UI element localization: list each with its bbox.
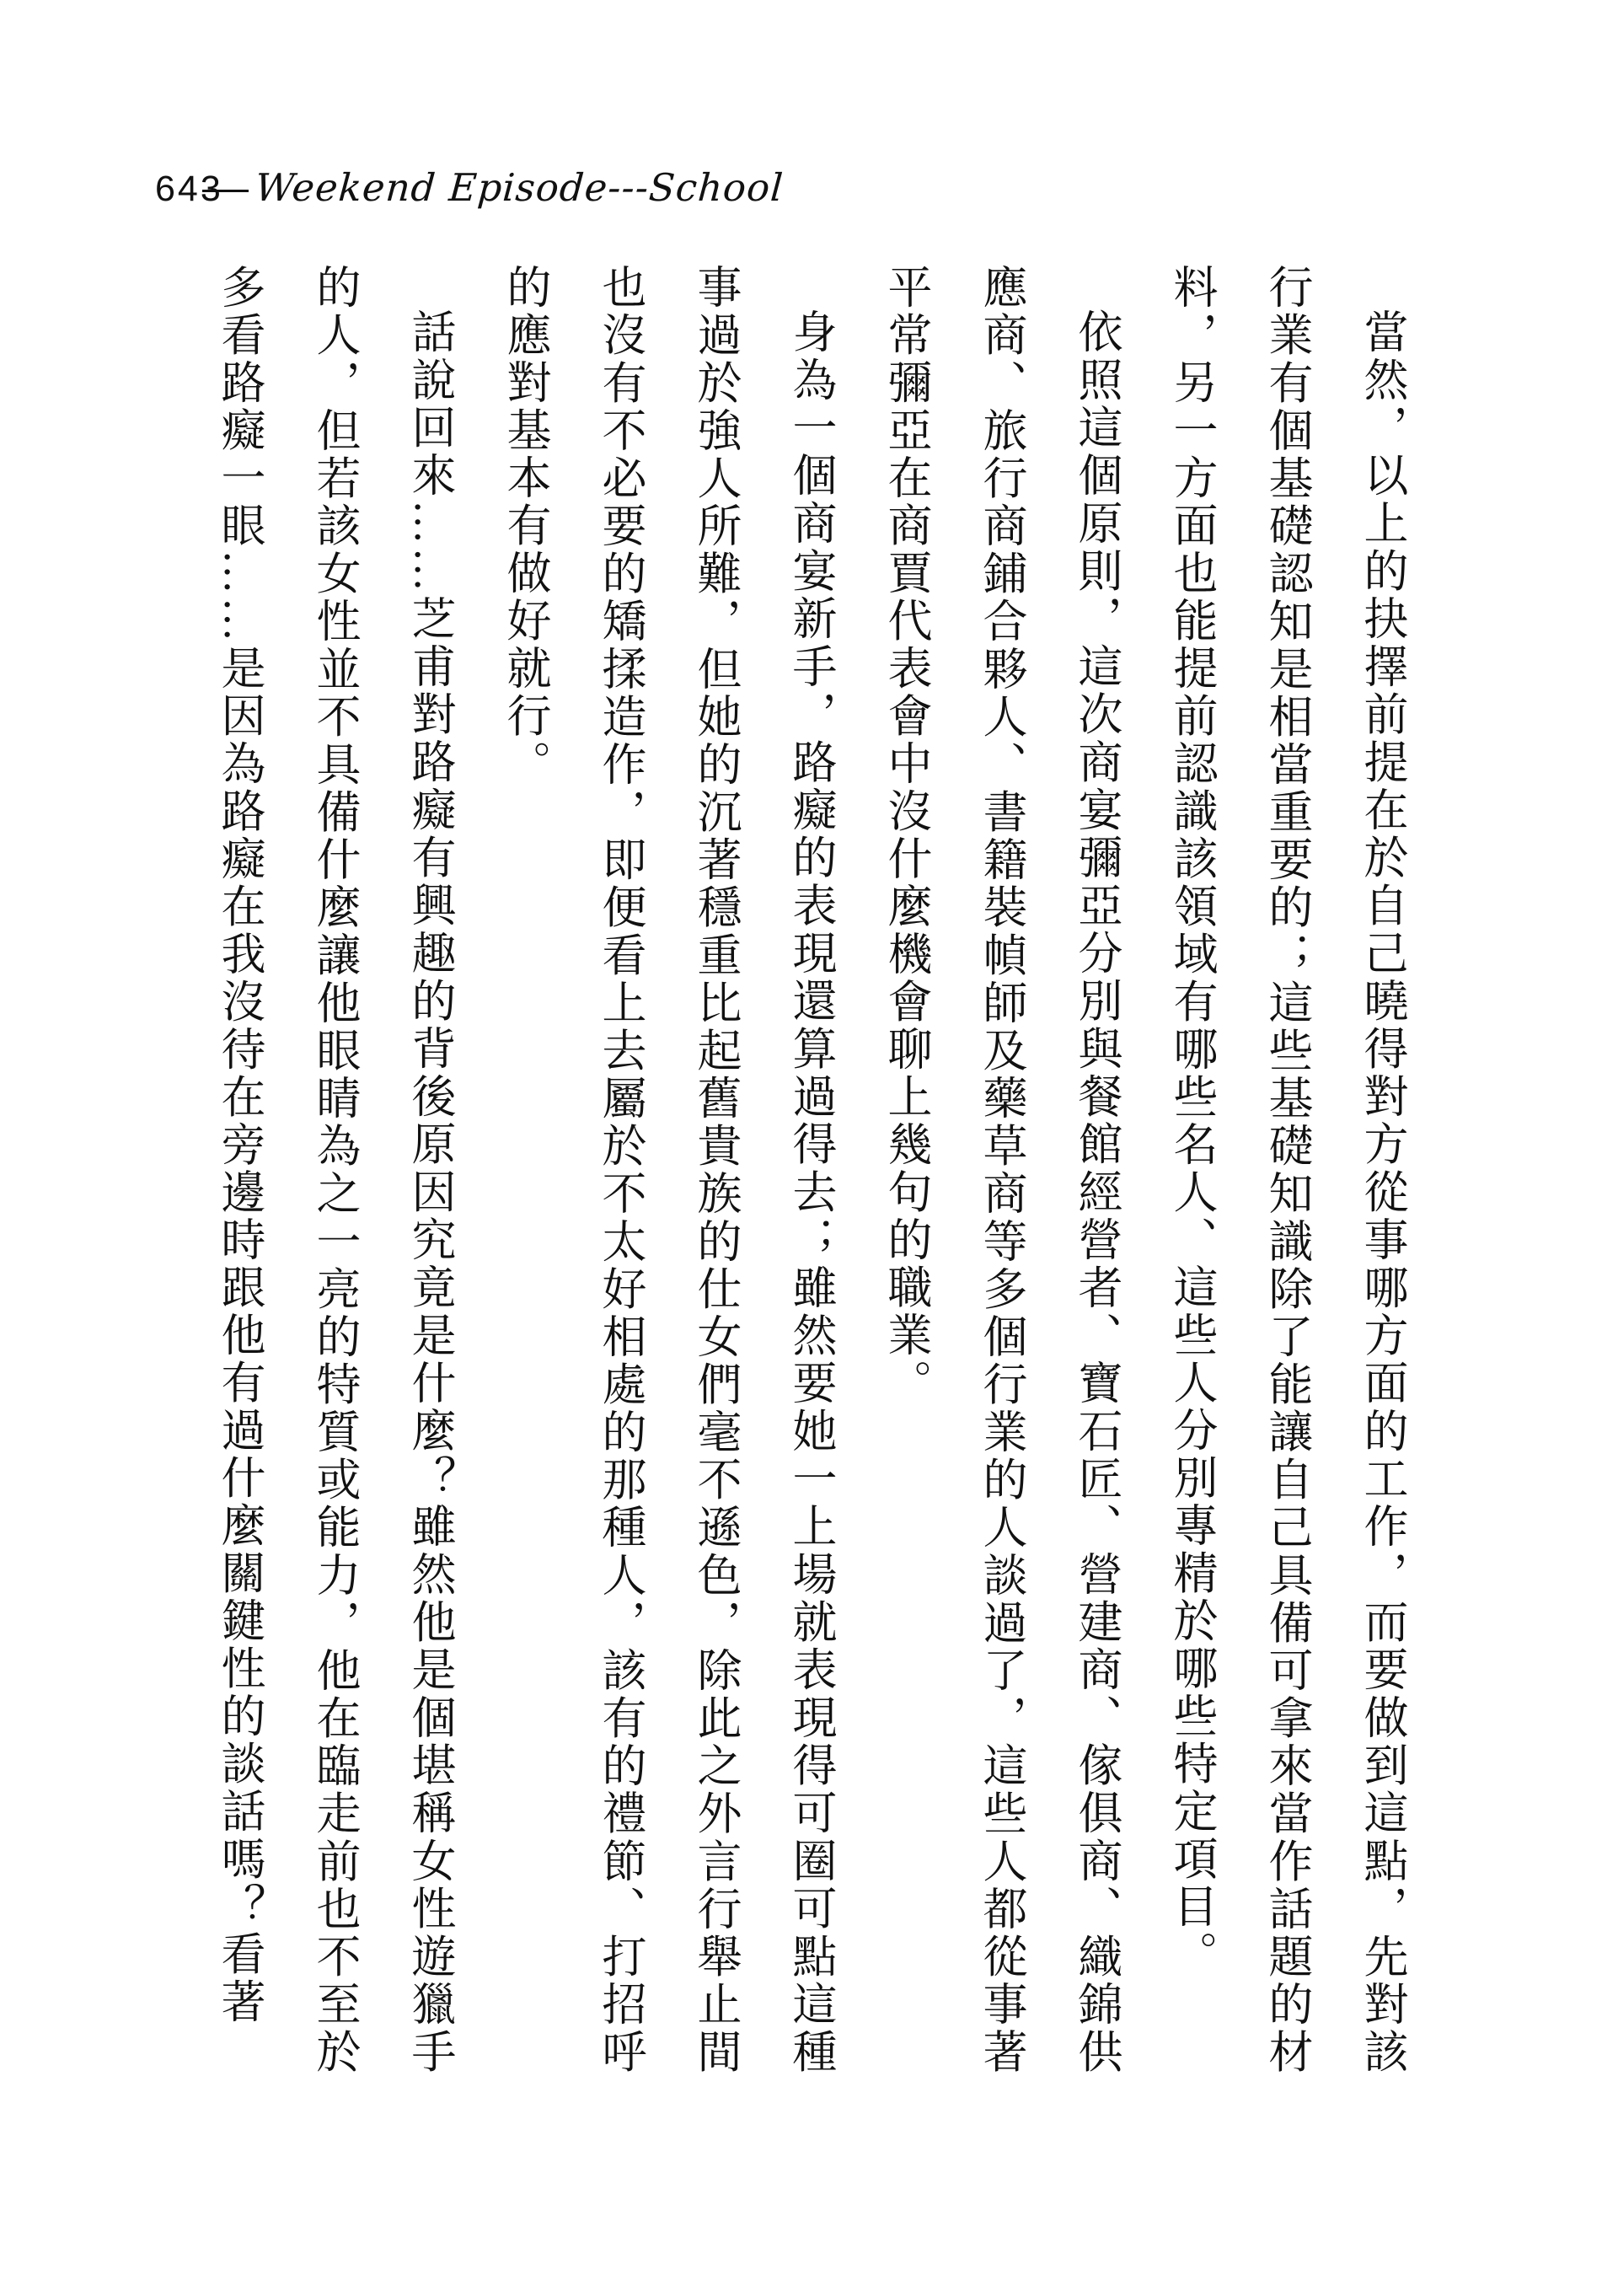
book-page: 643 Weekend Episode---School 當然，以上的抉擇前提在…	[0, 0, 1618, 2296]
paragraph-4: 話說回來……芝甫對路癡有興趣的背後原因究竟是什麼？雖然他是個堪稱女性遊獵手的人，…	[191, 264, 477, 2076]
header-title: Weekend Episode---School	[254, 165, 785, 210]
body-text: 當然，以上的抉擇前提在於自己曉得對方從事哪方面的工作，而要做到這點，先對該行業有…	[191, 264, 1429, 2076]
paragraph-1: 當然，以上的抉擇前提在於自己曉得對方從事哪方面的工作，而要做到這點，先對該行業有…	[1144, 264, 1429, 2076]
header-divider-line	[202, 190, 249, 192]
paragraph-2: 依照這個原則，這次商宴彌亞分別與餐館經營者、寶石匠、營建商、傢俱商、織錦供應商、…	[858, 264, 1144, 2076]
paragraph-3: 身為一個商宴新手，路癡的表現還算過得去；雖然要她一上場就表現得可圈可點這種事過於…	[477, 264, 858, 2076]
